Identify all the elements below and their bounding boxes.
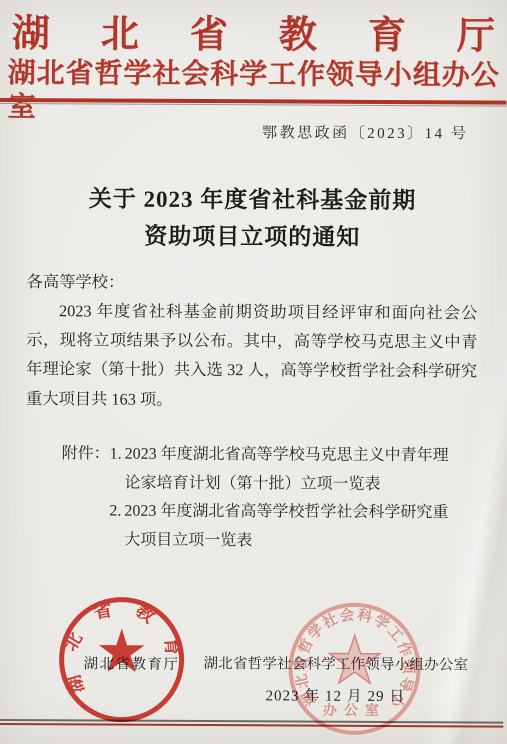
star-icon	[329, 635, 380, 683]
document-body: 湖北省教育厅 湖北省哲学社会科学工作领导小组办公室 鄂教思政函〔2023〕14 …	[0, 0, 507, 744]
attachment-item-2: 2. 2023 年度湖北省高等学校哲学社会科学研究重大项目立项一览表	[109, 498, 456, 557]
attachment-1-number: 1.	[109, 441, 124, 498]
salutation: 各高等学校：	[27, 268, 125, 293]
attachment-2-number: 2.	[109, 498, 124, 555]
masthead-line-2: 湖北省哲学社会科学工作领导小组办公室	[7, 57, 498, 128]
attachments-list: 1. 2023 年度湖北省高等学校马克思主义中青年理论家培育计划（第十批）立项一…	[109, 441, 457, 557]
seal-bottom-text: 办公室	[323, 702, 386, 719]
leading-group-office-seal: 湖北省哲学社会科学工作领导小组 办公室	[279, 593, 430, 744]
attachment-1-text: 2023 年度湖北省高等学校马克思主义中青年理论家培育计划（第十批）立项一览表	[124, 441, 456, 500]
attachment-2-text: 2023 年度湖北省高等学校哲学社会科学研究重大项目立项一览表	[124, 498, 456, 557]
title-line-1: 关于 2023 年度省社科基金前期	[0, 180, 506, 220]
masthead-line-1: 湖北省教育厅	[12, 12, 495, 59]
star-icon	[99, 628, 145, 672]
attachment-item-1: 1. 2023 年度湖北省高等学校马克思主义中青年理论家培育计划（第十批）立项一…	[109, 441, 456, 500]
attachments-block: 附件： 1. 2023 年度湖北省高等学校马克思主义中青年理论家培育计划（第十批…	[61, 440, 457, 556]
scanned-document-page: 湖北省教育厅 湖北省哲学社会科学工作领导小组办公室 鄂教思政函〔2023〕14 …	[0, 0, 507, 744]
education-dept-seal: 湖北省教育厅	[51, 589, 192, 730]
attachments-label: 附件：	[61, 440, 110, 555]
body-paragraph: 2023 年度省社科基金前期资助项目经评审和面向社会公示，现将立项结果予以公布。…	[26, 296, 478, 415]
title-line-2: 资助项目立项的通知	[0, 217, 506, 257]
document-number: 鄂教思政函〔2023〕14 号	[262, 121, 468, 143]
document-title: 关于 2023 年度省社科基金前期 资助项目立项的通知	[0, 180, 506, 257]
